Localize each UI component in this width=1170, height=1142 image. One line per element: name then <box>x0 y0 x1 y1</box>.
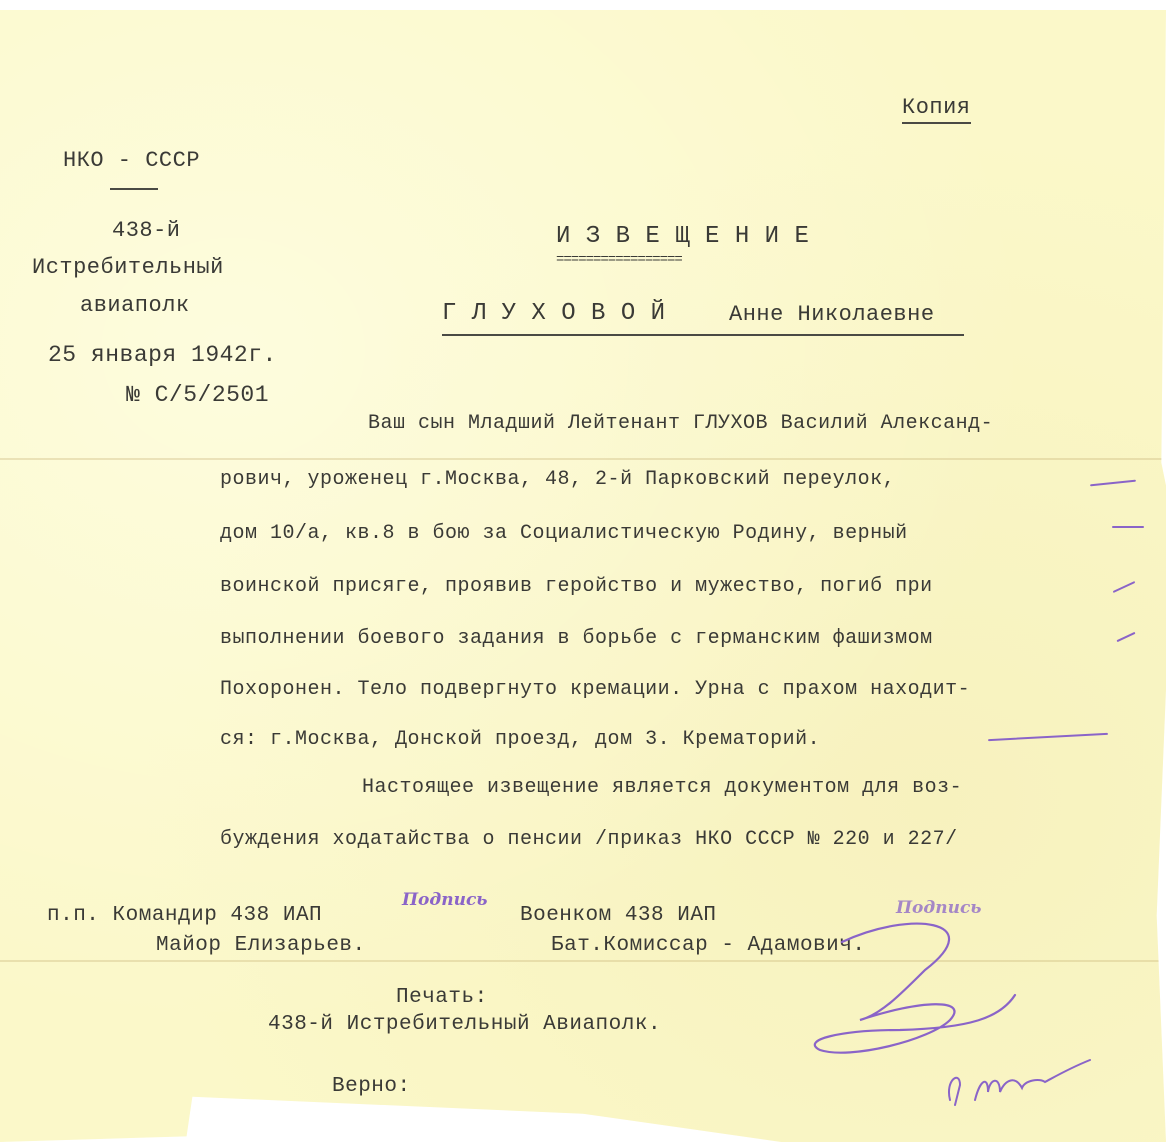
recipient-name: Анне Николаевне <box>729 302 935 327</box>
copy-mark: Копия <box>902 95 971 124</box>
commander-name: Майор Елизарьев. <box>156 934 366 957</box>
org-name: НКО - СССР <box>63 148 200 173</box>
seal-text: 438-й Истребительный Авиаполк. <box>268 1013 661 1036</box>
unit-type-line1: Истребительный <box>32 255 224 280</box>
body-line: Ваш сын Младший Лейтенант ГЛУХОВ Василий… <box>368 412 993 435</box>
recipient-surname: Г Л У Х О В О Й <box>442 300 666 327</box>
unit-number: 438-й <box>112 218 181 243</box>
commissar-title: Военком 438 ИАП <box>520 904 717 927</box>
commander-signature-stamp: Подпись <box>402 890 488 910</box>
org-divider <box>110 188 158 190</box>
fold-crease <box>0 458 1166 460</box>
body-line: дом 10/а, кв.8 в бою за Социалистическую… <box>220 522 908 545</box>
body-line: рович, уроженец г.Москва, 48, 2-й Парков… <box>220 468 895 491</box>
seal-label: Печать: <box>396 986 488 1009</box>
body-line: Похоронен. Тело подвергнуто кремации. Ур… <box>220 678 970 701</box>
certified-label: Верно: <box>332 1075 411 1098</box>
recipient-line: Г Л У Х О В О Й Анне Николаевне <box>442 300 964 336</box>
title-underline: ================= <box>556 252 682 268</box>
unit-type-line2: авиаполк <box>80 293 190 318</box>
handwritten-signature-icon <box>800 900 1140 1120</box>
document-title: И З В Е Щ Е Н И Е <box>556 223 809 250</box>
body-line: ся: г.Москва, Донской проезд, дом 3. Кре… <box>220 728 820 751</box>
body-line: воинской присяге, проявив геройство и му… <box>220 575 933 598</box>
body-line: выполнении боевого задания в борьбе с ге… <box>220 627 933 650</box>
closing-line: буждения ходатайства о пенсии /приказ НК… <box>220 828 958 851</box>
closing-line: Настоящее извещение является документом … <box>362 776 962 799</box>
document-date: 25 января 1942г. <box>48 342 277 368</box>
margin-dash <box>1112 526 1144 528</box>
reference-number: № С/5/2501 <box>126 382 269 408</box>
commander-title: п.п. Командир 438 ИАП <box>47 904 322 927</box>
